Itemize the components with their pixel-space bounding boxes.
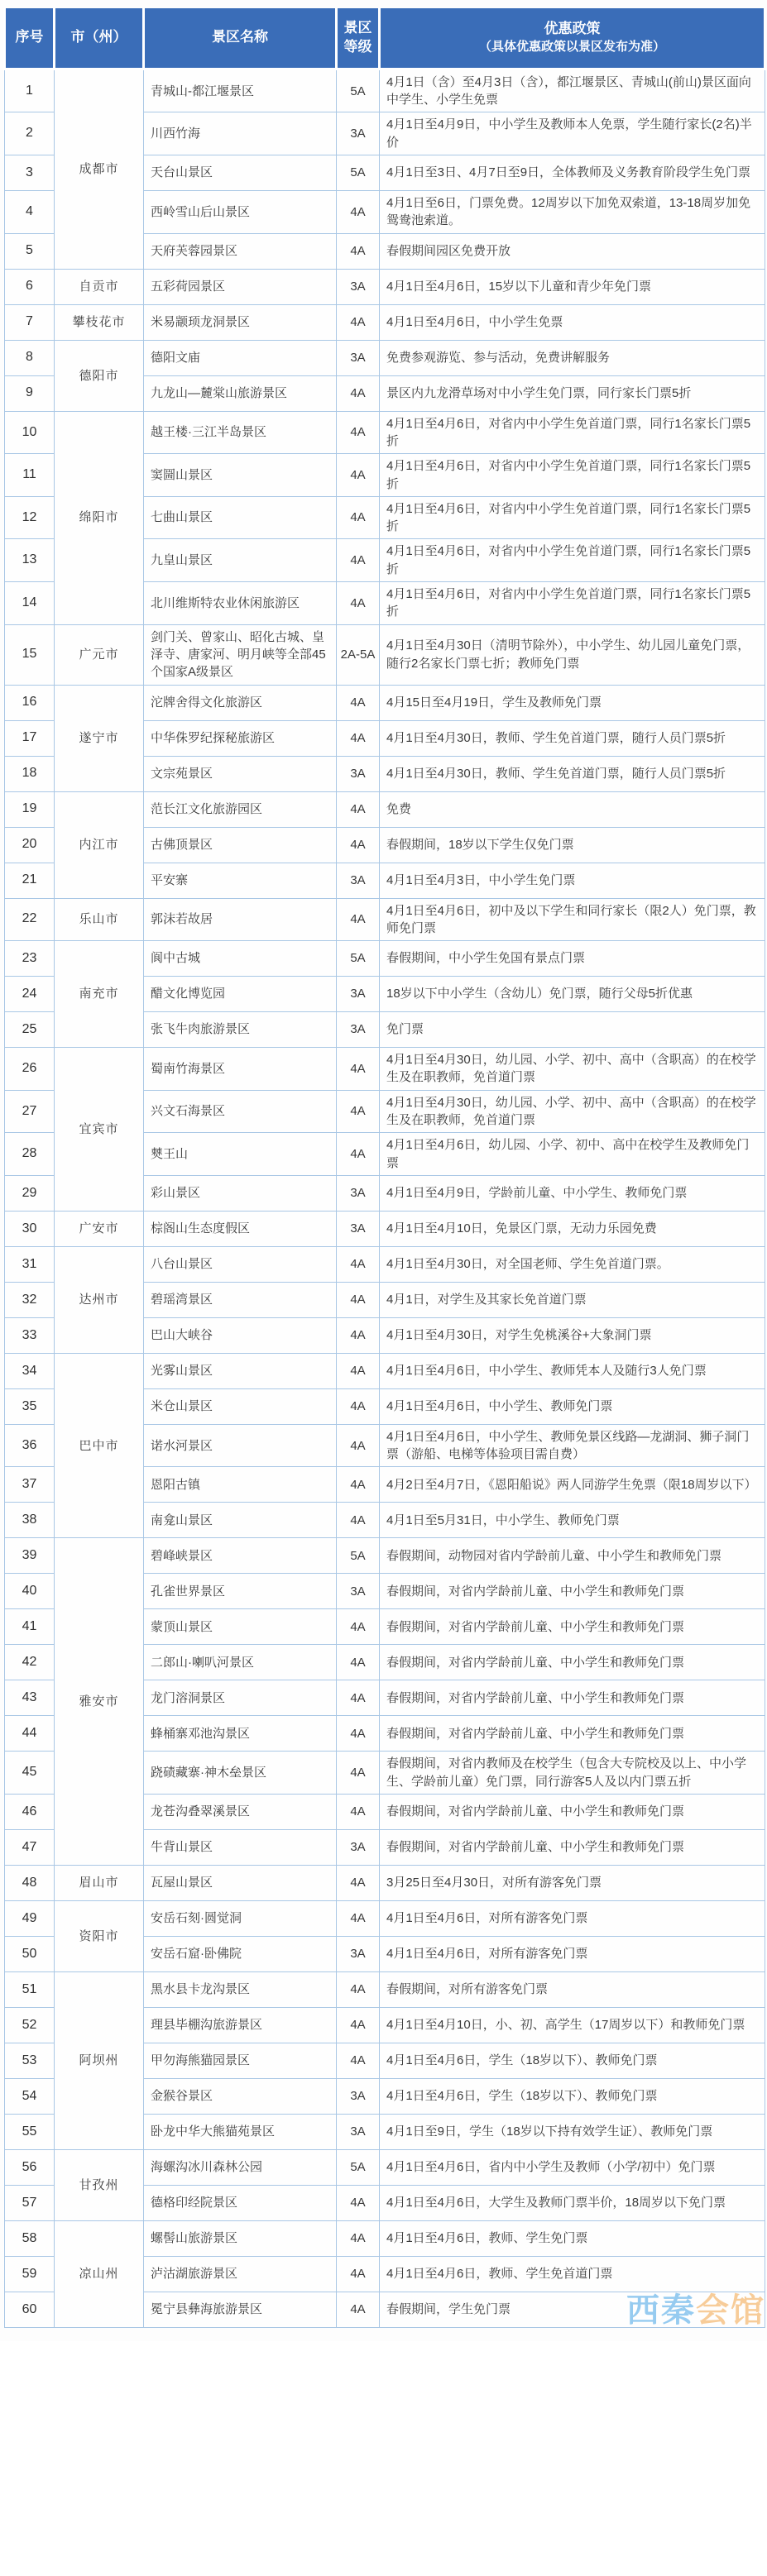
table-row: 58凉山州螺髻山旅游景区4A4月1日至4月6日，教师、学生免门票 — [5, 2221, 765, 2257]
row-index-cell: 56 — [5, 2150, 55, 2186]
scenic-name-cell: 光雾山景区 — [144, 1353, 337, 1388]
city-cell: 甘孜州 — [55, 2150, 144, 2221]
scenic-name-cell: 诺水河景区 — [144, 1424, 337, 1467]
level-cell: 4A — [337, 411, 380, 454]
row-index-cell: 16 — [5, 685, 55, 720]
level-cell: 4A — [337, 1609, 380, 1645]
policy-cell: 4月1日至4月6日，学生（18岁以下）、教师免门票 — [380, 2079, 765, 2115]
policy-cell: 4月1日至4月30日，教师、学生免首道门票，随行人员门票5折 — [380, 756, 765, 791]
row-index-cell: 5 — [5, 233, 55, 269]
policy-cell: 4月1日至4月6日，中小学生、教师免门票 — [380, 1388, 765, 1424]
scenic-name-cell: 米仓山景区 — [144, 1388, 337, 1424]
city-cell: 乐山市 — [55, 898, 144, 941]
scenic-name-cell: 张飞牛肉旅游景区 — [144, 1012, 337, 1048]
level-cell: 4A — [337, 1716, 380, 1752]
row-index-cell: 51 — [5, 1972, 55, 2008]
level-cell: 3A — [337, 1937, 380, 1972]
policy-cell: 4月1日至4月6日，15岁以下儿童和青少年免门票 — [380, 269, 765, 304]
level-cell: 4A — [337, 496, 380, 539]
policy-cell: 4月1日至4月10日，免景区门票，无动力乐园免费 — [380, 1211, 765, 1246]
scenic-name-cell: 古佛顶景区 — [144, 827, 337, 863]
policy-cell: 4月1日至4月6日，幼儿园、小学、初中、高中在校学生及教师免门票 — [380, 1133, 765, 1176]
scenic-name-cell: 螺髻山旅游景区 — [144, 2221, 337, 2257]
city-cell: 雅安市 — [55, 1538, 144, 1866]
city-cell: 巴中市 — [55, 1353, 144, 1538]
scenic-name-cell: 彩山景区 — [144, 1175, 337, 1211]
scenic-name-cell: 巴山大峡谷 — [144, 1317, 337, 1353]
row-index-cell: 28 — [5, 1133, 55, 1176]
row-index-cell: 30 — [5, 1211, 55, 1246]
city-cell: 达州市 — [55, 1246, 144, 1353]
scenic-name-cell: 碧峰峡景区 — [144, 1538, 337, 1574]
table-row: 10绵阳市越王楼·三江半岛景区4A4月1日至4月6日，对省内中小学生免首道门票，… — [5, 411, 765, 454]
city-cell: 自贡市 — [55, 269, 144, 304]
row-index-cell: 24 — [5, 977, 55, 1012]
row-index-cell: 40 — [5, 1574, 55, 1609]
scenic-name-cell: 青城山-都江堰景区 — [144, 69, 337, 112]
policy-cell: 4月1日至4月30日，对全国老师、学生免首道门票。 — [380, 1246, 765, 1282]
row-index-cell: 22 — [5, 898, 55, 941]
policy-cell: 春假期间，对所有游客免门票 — [380, 1972, 765, 2008]
level-cell: 3A — [337, 756, 380, 791]
policy-cell: 免费 — [380, 791, 765, 827]
scenic-name-cell: 理县毕棚沟旅游景区 — [144, 2008, 337, 2043]
level-cell: 4A — [337, 1246, 380, 1282]
policy-cell: 春假期间园区免费开放 — [380, 233, 765, 269]
city-cell: 遂宁市 — [55, 685, 144, 791]
level-cell: 4A — [337, 539, 380, 582]
scenic-name-cell: 川西竹海 — [144, 112, 337, 155]
level-cell: 4A — [337, 191, 380, 234]
policy-cell: 4月1日至4月6日，省内中小学生及教师（小学/初中）免门票 — [380, 2150, 765, 2186]
policy-header-line2: （具体优惠政策以景区发布为准） — [383, 39, 761, 55]
scenic-name-cell: 阆中古城 — [144, 941, 337, 977]
scenic-name-cell: 安岳石窟·卧佛院 — [144, 1937, 337, 1972]
scenic-name-cell: 中华侏罗纪探秘旅游区 — [144, 720, 337, 756]
city-cell: 攀枝花市 — [55, 304, 144, 340]
scenic-name-cell: 黑水县卡龙沟景区 — [144, 1972, 337, 2008]
table-row: 39雅安市碧峰峡景区5A春假期间，动物园对省内学龄前儿童、中小学生和教师免门票 — [5, 1538, 765, 1574]
row-index-cell: 45 — [5, 1752, 55, 1795]
table-row: 48眉山市瓦屋山景区4A3月25日至4月30日，对所有游客免门票 — [5, 1866, 765, 1901]
level-cell: 4A — [337, 304, 380, 340]
level-cell: 5A — [337, 941, 380, 977]
level-cell: 4A — [337, 1972, 380, 2008]
table-row: 26宜宾市蜀南竹海景区4A4月1日至4月30日，幼儿园、小学、初中、高中（含职高… — [5, 1048, 765, 1091]
row-index-cell: 18 — [5, 756, 55, 791]
table-row: 19内江市范长江文化旅游园区4A免费 — [5, 791, 765, 827]
scenic-name-cell: 南龛山景区 — [144, 1503, 337, 1538]
page: 序号 市（州） 景区名称 景区等级 优惠政策 （具体优惠政策以景区发布为准） 1… — [0, 0, 767, 2341]
policy-cell: 春假期间，对省内学龄前儿童、中小学生和教师免门票 — [380, 1795, 765, 1830]
row-index-cell: 41 — [5, 1609, 55, 1645]
level-cell: 4A — [337, 720, 380, 756]
table-row: 49资阳市安岳石刻·圆觉洞4A4月1日至4月6日，对所有游客免门票 — [5, 1901, 765, 1937]
policy-cell: 春假期间，对省内学龄前儿童、中小学生和教师免门票 — [380, 1680, 765, 1716]
city-cell: 南充市 — [55, 941, 144, 1048]
level-cell: 3A — [337, 1175, 380, 1211]
level-cell: 4A — [337, 1680, 380, 1716]
col-header-policy: 优惠政策 （具体优惠政策以景区发布为准） — [380, 8, 765, 69]
policy-cell: 免费参观游览、参与活动，免费讲解服务 — [380, 340, 765, 375]
level-cell: 3A — [337, 1830, 380, 1866]
level-cell: 4A — [337, 1317, 380, 1353]
table-row: 22乐山市郭沫若故居4A4月1日至4月6日，初中及以下学生和同行家长（限2人）免… — [5, 898, 765, 941]
policy-cell: 春假期间，动物园对省内学龄前儿童、中小学生和教师免门票 — [380, 1538, 765, 1574]
table-row: 31达州市八台山景区4A4月1日至4月30日，对全国老师、学生免首道门票。 — [5, 1246, 765, 1282]
row-index-cell: 59 — [5, 2257, 55, 2292]
scenic-name-cell: 龙门溶洞景区 — [144, 1680, 337, 1716]
policy-cell: 春假期间，对省内学龄前儿童、中小学生和教师免门票 — [380, 1609, 765, 1645]
policy-cell: 4月1日至3日、4月7日至9日，全体教师及义务教育阶段学生免门票 — [380, 155, 765, 191]
policy-cell: 4月1日至4月6日，初中及以下学生和同行家长（限2人）免门票，教师免门票 — [380, 898, 765, 941]
level-cell: 4A — [337, 898, 380, 941]
scenic-name-cell: 孔雀世界景区 — [144, 1574, 337, 1609]
level-cell: 4A — [337, 1388, 380, 1424]
row-index-cell: 53 — [5, 2043, 55, 2079]
level-cell: 4A — [337, 1353, 380, 1388]
city-cell: 阿坝州 — [55, 1972, 144, 2150]
col-header-level: 景区等级 — [337, 8, 380, 69]
col-header-city: 市（州） — [55, 8, 144, 69]
row-index-cell: 7 — [5, 304, 55, 340]
scenic-name-cell: 醋文化博览园 — [144, 977, 337, 1012]
policy-cell: 4月1日至6日，门票免费。12周岁以下加免双索道，13-18周岁加免鸳鸯池索道。 — [380, 191, 765, 234]
level-cell: 4A — [337, 1866, 380, 1901]
level-cell: 4A — [337, 2257, 380, 2292]
row-index-cell: 38 — [5, 1503, 55, 1538]
table-row: 56甘孜州海螺沟冰川森林公园5A4月1日至4月6日，省内中小学生及教师（小学/初… — [5, 2150, 765, 2186]
row-index-cell: 3 — [5, 155, 55, 191]
table-row: 34巴中市光雾山景区4A4月1日至4月6日，中小学生、教师凭本人及随行3人免门票 — [5, 1353, 765, 1388]
level-cell: 5A — [337, 155, 380, 191]
policy-cell: 春假期间，对省内学龄前儿童、中小学生和教师免门票 — [380, 1645, 765, 1680]
policy-cell: 4月1日至4月6日，对省内中小学生免首道门票，同行1名家长门票5折 — [380, 496, 765, 539]
level-cell: 4A — [337, 827, 380, 863]
level-cell: 4A — [337, 1467, 380, 1503]
row-index-cell: 2 — [5, 112, 55, 155]
level-cell: 3A — [337, 2079, 380, 2115]
policy-cell: 4月1日至4月6日，大学生及教师门票半价，18周岁以下免门票 — [380, 2186, 765, 2221]
policy-cell: 春假期间，中小学生免国有景点门票 — [380, 941, 765, 977]
row-index-cell: 43 — [5, 1680, 55, 1716]
city-cell: 眉山市 — [55, 1866, 144, 1901]
row-index-cell: 11 — [5, 454, 55, 497]
scenic-name-cell: 西岭雪山后山景区 — [144, 191, 337, 234]
scenic-name-cell: 海螺沟冰川森林公园 — [144, 2150, 337, 2186]
row-index-cell: 23 — [5, 941, 55, 977]
level-cell: 4A — [337, 2008, 380, 2043]
row-index-cell: 4 — [5, 191, 55, 234]
scenic-name-cell: 碧瑶湾景区 — [144, 1282, 337, 1317]
row-index-cell: 1 — [5, 69, 55, 112]
col-header-index: 序号 — [5, 8, 55, 69]
discount-policy-table: 序号 市（州） 景区名称 景区等级 优惠政策 （具体优惠政策以景区发布为准） 1… — [3, 8, 766, 2328]
scenic-name-cell: 天台山景区 — [144, 155, 337, 191]
policy-cell: 4月15日至4月19日，学生及教师免门票 — [380, 685, 765, 720]
row-index-cell: 19 — [5, 791, 55, 827]
row-index-cell: 50 — [5, 1937, 55, 1972]
level-cell: 4A — [337, 2043, 380, 2079]
policy-cell: 4月1日至4月6日，中小学生免票 — [380, 304, 765, 340]
level-cell: 4A — [337, 1282, 380, 1317]
policy-cell: 4月1日至4月30日，幼儿园、小学、初中、高中（含职高）的在校学生及在职教师，免… — [380, 1090, 765, 1133]
policy-cell: 4月1日至5月31日，中小学生、教师免门票 — [380, 1503, 765, 1538]
policy-cell: 春假期间，对省内学龄前儿童、中小学生和教师免门票 — [380, 1830, 765, 1866]
policy-cell: 4月1日至4月30日，幼儿园、小学、初中、高中（含职高）的在校学生及在职教师，免… — [380, 1048, 765, 1091]
level-cell: 4A — [337, 582, 380, 625]
row-index-cell: 17 — [5, 720, 55, 756]
scenic-name-cell: 文宗苑景区 — [144, 756, 337, 791]
policy-cell: 春假期间，对省内学龄前儿童、中小学生和教师免门票 — [380, 1716, 765, 1752]
level-cell: 3A — [337, 1574, 380, 1609]
city-cell: 绵阳市 — [55, 411, 144, 624]
scenic-name-cell: 范长江文化旅游园区 — [144, 791, 337, 827]
level-cell: 4A — [337, 1795, 380, 1830]
level-cell: 4A — [337, 1048, 380, 1091]
policy-cell: 春假期间，对省内学龄前儿童、中小学生和教师免门票 — [380, 1574, 765, 1609]
table-row: 51阿坝州黑水县卡龙沟景区4A春假期间，对所有游客免门票 — [5, 1972, 765, 2008]
level-cell: 5A — [337, 69, 380, 112]
table-row: 16遂宁市沱牌舍得文化旅游区4A4月15日至4月19日，学生及教师免门票 — [5, 685, 765, 720]
level-cell: 4A — [337, 2221, 380, 2257]
level-cell: 3A — [337, 112, 380, 155]
row-index-cell: 13 — [5, 539, 55, 582]
policy-cell: 4月1日至4月6日，对所有游客免门票 — [380, 1937, 765, 1972]
policy-cell: 4月1日至4月6日，对省内中小学生免首道门票，同行1名家长门票5折 — [380, 411, 765, 454]
level-cell: 5A — [337, 1538, 380, 1574]
level-cell: 4A — [337, 1503, 380, 1538]
scenic-name-cell: 安岳石刻·圆觉洞 — [144, 1901, 337, 1937]
city-cell: 凉山州 — [55, 2221, 144, 2328]
table-row: 15广元市剑门关、曾家山、昭化古城、皇泽寺、唐家河、明月峡等全部45个国家A级景… — [5, 624, 765, 685]
scenic-name-cell: 泸沽湖旅游景区 — [144, 2257, 337, 2292]
row-index-cell: 52 — [5, 2008, 55, 2043]
policy-cell: 4月1日至4月9日，中小学生及教师本人免票，学生随行家长(2名)半价 — [380, 112, 765, 155]
scenic-name-cell: 棕阁山生态度假区 — [144, 1211, 337, 1246]
policy-cell: 景区内九龙滑草场对中小学生免门票，同行家长门票5折 — [380, 375, 765, 411]
policy-cell: 4月1日（含）至4月3日（含），都江堰景区、青城山(前山)景区面向中学生、小学生… — [380, 69, 765, 112]
scenic-name-cell: 北川维斯特农业休闲旅游区 — [144, 582, 337, 625]
scenic-name-cell: 蒙顶山景区 — [144, 1609, 337, 1645]
table-row: 6自贡市五彩荷园景区3A4月1日至4月6日，15岁以下儿童和青少年免门票 — [5, 269, 765, 304]
scenic-name-cell: 八台山景区 — [144, 1246, 337, 1282]
scenic-name-cell: 越王楼·三江半岛景区 — [144, 411, 337, 454]
row-index-cell: 55 — [5, 2115, 55, 2150]
row-index-cell: 21 — [5, 863, 55, 898]
level-cell: 4A — [337, 685, 380, 720]
policy-cell: 4月1日至4月30日，对学生免桃溪谷+大象洞门票 — [380, 1317, 765, 1353]
scenic-name-cell: 五彩荷园景区 — [144, 269, 337, 304]
scenic-name-cell: 沱牌舍得文化旅游区 — [144, 685, 337, 720]
policy-cell: 4月1日至4月3日，中小学生免门票 — [380, 863, 765, 898]
row-index-cell: 32 — [5, 1282, 55, 1317]
level-cell: 3A — [337, 2115, 380, 2150]
policy-cell: 4月1日至4月6日，学生（18岁以下）、教师免门票 — [380, 2043, 765, 2079]
city-cell: 广安市 — [55, 1211, 144, 1246]
policy-cell: 4月1日，对学生及其家长免首道门票 — [380, 1282, 765, 1317]
row-index-cell: 42 — [5, 1645, 55, 1680]
scenic-name-cell: 冕宁县彝海旅游景区 — [144, 2292, 337, 2328]
policy-cell: 春假期间，18岁以下学生仅免门票 — [380, 827, 765, 863]
row-index-cell: 44 — [5, 1716, 55, 1752]
row-index-cell: 20 — [5, 827, 55, 863]
scenic-name-cell: 二郎山·喇叭河景区 — [144, 1645, 337, 1680]
table-row: 23南充市阆中古城5A春假期间，中小学生免国有景点门票 — [5, 941, 765, 977]
scenic-name-cell: 德格印经院景区 — [144, 2186, 337, 2221]
row-index-cell: 27 — [5, 1090, 55, 1133]
level-cell: 3A — [337, 1211, 380, 1246]
row-index-cell: 46 — [5, 1795, 55, 1830]
level-cell: 3A — [337, 340, 380, 375]
city-cell: 广元市 — [55, 624, 144, 685]
policy-cell: 4月1日至9日，学生（18岁以下持有效学生证）、教师免门票 — [380, 2115, 765, 2150]
scenic-name-cell: 窦圌山景区 — [144, 454, 337, 497]
scenic-name-cell: 瓦屋山景区 — [144, 1866, 337, 1901]
policy-cell: 4月2日至4月7日，《恩阳船说》两人同游学生免票（限18周岁以下） — [380, 1467, 765, 1503]
scenic-name-cell: 兴文石海景区 — [144, 1090, 337, 1133]
level-cell: 4A — [337, 2292, 380, 2328]
level-cell: 3A — [337, 863, 380, 898]
scenic-name-cell: 平安寨 — [144, 863, 337, 898]
level-cell: 4A — [337, 1133, 380, 1176]
row-index-cell: 12 — [5, 496, 55, 539]
row-index-cell: 49 — [5, 1901, 55, 1937]
scenic-name-cell: 米易颛顼龙洞景区 — [144, 304, 337, 340]
level-cell: 4A — [337, 1424, 380, 1467]
scenic-name-cell: 僰王山 — [144, 1133, 337, 1176]
scenic-name-cell: 卧龙中华大熊猫苑景区 — [144, 2115, 337, 2150]
scenic-name-cell: 德阳文庙 — [144, 340, 337, 375]
row-index-cell: 34 — [5, 1353, 55, 1388]
scenic-name-cell: 甲勿海熊猫园景区 — [144, 2043, 337, 2079]
row-index-cell: 14 — [5, 582, 55, 625]
level-cell: 2A-5A — [337, 624, 380, 685]
row-index-cell: 9 — [5, 375, 55, 411]
level-cell: 3A — [337, 1012, 380, 1048]
level-cell: 4A — [337, 1090, 380, 1133]
scenic-name-cell: 郭沫若故居 — [144, 898, 337, 941]
level-cell: 4A — [337, 791, 380, 827]
row-index-cell: 8 — [5, 340, 55, 375]
row-index-cell: 58 — [5, 2221, 55, 2257]
table-row: 30广安市棕阁山生态度假区3A4月1日至4月10日，免景区门票，无动力乐园免费 — [5, 1211, 765, 1246]
level-cell: 4A — [337, 1645, 380, 1680]
scenic-name-cell: 九皇山景区 — [144, 539, 337, 582]
row-index-cell: 36 — [5, 1424, 55, 1467]
policy-cell: 4月1日至4月6日，中小学生、教师凭本人及随行3人免门票 — [380, 1353, 765, 1388]
row-index-cell: 60 — [5, 2292, 55, 2328]
row-index-cell: 10 — [5, 411, 55, 454]
level-cell: 5A — [337, 2150, 380, 2186]
scenic-name-cell: 七曲山景区 — [144, 496, 337, 539]
level-cell: 4A — [337, 1901, 380, 1937]
row-index-cell: 48 — [5, 1866, 55, 1901]
policy-cell: 4月1日至4月6日，对省内中小学生免首道门票，同行1名家长门票5折 — [380, 454, 765, 497]
row-index-cell: 47 — [5, 1830, 55, 1866]
city-cell: 资阳市 — [55, 1901, 144, 1972]
row-index-cell: 31 — [5, 1246, 55, 1282]
row-index-cell: 37 — [5, 1467, 55, 1503]
policy-cell: 4月1日至4月6日，教师、学生免首道门票 — [380, 2257, 765, 2292]
row-index-cell: 54 — [5, 2079, 55, 2115]
city-cell: 成都市 — [55, 69, 144, 269]
scenic-name-cell: 龙苍沟叠翠溪景区 — [144, 1795, 337, 1830]
row-index-cell: 26 — [5, 1048, 55, 1091]
row-index-cell: 15 — [5, 624, 55, 685]
policy-header-line1: 优惠政策 — [383, 20, 761, 39]
policy-cell: 4月1日至4月9日，学龄前儿童、中小学生、教师免门票 — [380, 1175, 765, 1211]
policy-cell: 4月1日至4月10日，小、初、高学生（17周岁以下）和教师免门票 — [380, 2008, 765, 2043]
policy-cell: 4月1日至4月30日，教师、学生免首道门票，随行人员门票5折 — [380, 720, 765, 756]
row-index-cell: 57 — [5, 2186, 55, 2221]
row-index-cell: 33 — [5, 1317, 55, 1353]
level-cell: 4A — [337, 1752, 380, 1795]
policy-cell: 春假期间，对省内教师及在校学生（包含大专院校及以上、中小学生、学龄前儿童）免门票… — [380, 1752, 765, 1795]
policy-cell: 4月1日至4月6日，对所有游客免门票 — [380, 1901, 765, 1937]
policy-cell: 4月1日至4月6日，中小学生、教师免景区线路—龙湖洞、狮子洞门票（游船、电梯等体… — [380, 1424, 765, 1467]
col-header-name: 景区名称 — [144, 8, 337, 69]
policy-cell: 4月1日至4月30日（清明节除外），中小学生、幼儿园儿童免门票，随行2名家长门票… — [380, 624, 765, 685]
policy-cell: 春假期间，学生免门票 — [380, 2292, 765, 2328]
scenic-name-cell: 跷碛藏寨·神木垒景区 — [144, 1752, 337, 1795]
table-row: 8德阳市德阳文庙3A免费参观游览、参与活动，免费讲解服务 — [5, 340, 765, 375]
row-index-cell: 29 — [5, 1175, 55, 1211]
scenic-name-cell: 九龙山—麓棠山旅游景区 — [144, 375, 337, 411]
table-row: 1成都市青城山-都江堰景区5A4月1日（含）至4月3日（含），都江堰景区、青城山… — [5, 69, 765, 112]
table-row: 7攀枝花市米易颛顼龙洞景区4A4月1日至4月6日，中小学生免票 — [5, 304, 765, 340]
policy-cell: 4月1日至4月6日，对省内中小学生免首道门票，同行1名家长门票5折 — [380, 582, 765, 625]
row-index-cell: 39 — [5, 1538, 55, 1574]
city-cell: 内江市 — [55, 791, 144, 898]
scenic-name-cell: 金猴谷景区 — [144, 2079, 337, 2115]
scenic-name-cell: 天府芙蓉园景区 — [144, 233, 337, 269]
city-cell: 宜宾市 — [55, 1048, 144, 1212]
scenic-name-cell: 蜀南竹海景区 — [144, 1048, 337, 1091]
policy-cell: 4月1日至4月6日，教师、学生免门票 — [380, 2221, 765, 2257]
scenic-name-cell: 恩阳古镇 — [144, 1467, 337, 1503]
policy-cell: 3月25日至4月30日，对所有游客免门票 — [380, 1866, 765, 1901]
policy-cell: 免门票 — [380, 1012, 765, 1048]
row-index-cell: 6 — [5, 269, 55, 304]
scenic-name-cell: 牛背山景区 — [144, 1830, 337, 1866]
level-cell: 3A — [337, 269, 380, 304]
header-row: 序号 市（州） 景区名称 景区等级 优惠政策 （具体优惠政策以景区发布为准） — [5, 8, 765, 69]
scenic-name-cell: 蜂桶寨邓池沟景区 — [144, 1716, 337, 1752]
policy-cell: 18岁以下中小学生（含幼儿）免门票，随行父母5折优惠 — [380, 977, 765, 1012]
city-cell: 德阳市 — [55, 340, 144, 411]
level-cell: 4A — [337, 2186, 380, 2221]
row-index-cell: 25 — [5, 1012, 55, 1048]
level-cell: 4A — [337, 233, 380, 269]
policy-cell: 4月1日至4月6日，对省内中小学生免首道门票，同行1名家长门票5折 — [380, 539, 765, 582]
level-cell: 3A — [337, 977, 380, 1012]
level-cell: 4A — [337, 454, 380, 497]
row-index-cell: 35 — [5, 1388, 55, 1424]
level-cell: 4A — [337, 375, 380, 411]
scenic-name-cell: 剑门关、曾家山、昭化古城、皇泽寺、唐家河、明月峡等全部45个国家A级景区 — [144, 624, 337, 685]
